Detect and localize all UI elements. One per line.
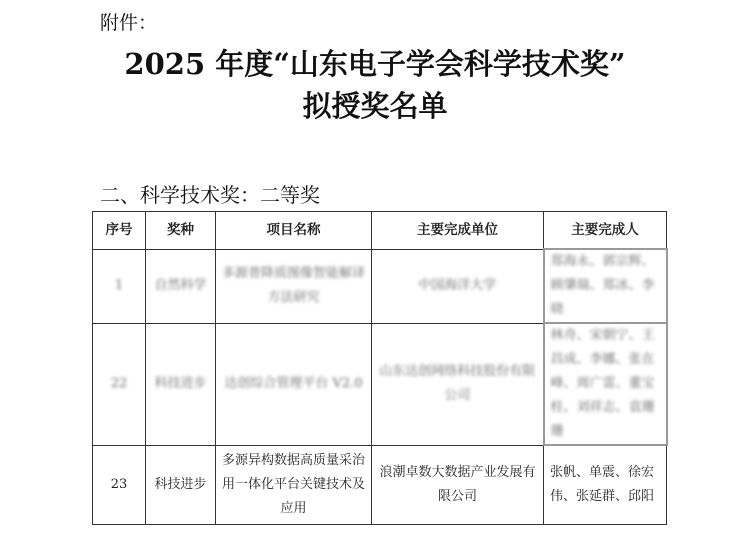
cell-no: 22: [93, 323, 146, 445]
cell-no: 23: [93, 445, 146, 525]
column-header-no: 序号: [93, 212, 146, 250]
cell-project: 多源异构数据高质量采治用一体化平台关键技术及应用: [216, 445, 372, 525]
award-table: 序号 奖种 项目名称 主要完成单位 主要完成人 1 自然科学 多源普降质图像智能…: [92, 211, 668, 525]
document-title: 2025 年度“山东电子学会科学技术奖”: [0, 42, 750, 83]
cell-unit: 山东达创网络科技股份有限公司: [372, 323, 544, 445]
column-header-type: 奖种: [146, 212, 216, 250]
cell-project: 达创综合管理平台 V2.0: [216, 323, 372, 445]
attachment-label: 附件：: [100, 8, 157, 35]
table-header-row: 序号 奖种 项目名称 主要完成单位 主要完成人: [93, 212, 667, 250]
cell-persons: 张帆、单震、徐宏伟、张延群、邱阳: [544, 445, 667, 525]
document-subtitle: 拟授奖名单: [0, 84, 750, 125]
table-row: 1 自然科学 多源普降质图像智能解译方法研究 中国海洋大学 郑海永、郭宗辉、顾肇…: [93, 249, 667, 323]
column-header-unit: 主要完成单位: [372, 212, 544, 250]
cell-project: 多源普降质图像智能解译方法研究: [216, 249, 372, 323]
column-header-project: 项目名称: [216, 212, 372, 250]
table-row: 22 科技进步 达创综合管理平台 V2.0 山东达创网络科技股份有限公司 林舟、…: [93, 323, 667, 445]
cell-persons: 郑海永、郭宗辉、顾肇瑞、郑冰、李晓: [544, 249, 667, 323]
section-heading: 二、科学技术奖：二等奖: [100, 179, 320, 208]
column-header-persons: 主要完成人: [544, 212, 667, 250]
cell-unit: 中国海洋大学: [372, 249, 544, 323]
cell-type: 自然科学: [146, 249, 216, 323]
table-row: 23 科技进步 多源异构数据高质量采治用一体化平台关键技术及应用 浪潮卓数大数据…: [93, 445, 667, 525]
cell-persons: 林舟、宋朝宁、王昌成、李娜、张在峰、周广雷、董宝柱、刘祥志、袁珊珊: [544, 323, 667, 445]
cell-type: 科技进步: [146, 445, 216, 525]
cell-type: 科技进步: [146, 323, 216, 445]
cell-no: 1: [93, 249, 146, 323]
cell-unit: 浪潮卓数大数据产业发展有限公司: [372, 445, 544, 525]
